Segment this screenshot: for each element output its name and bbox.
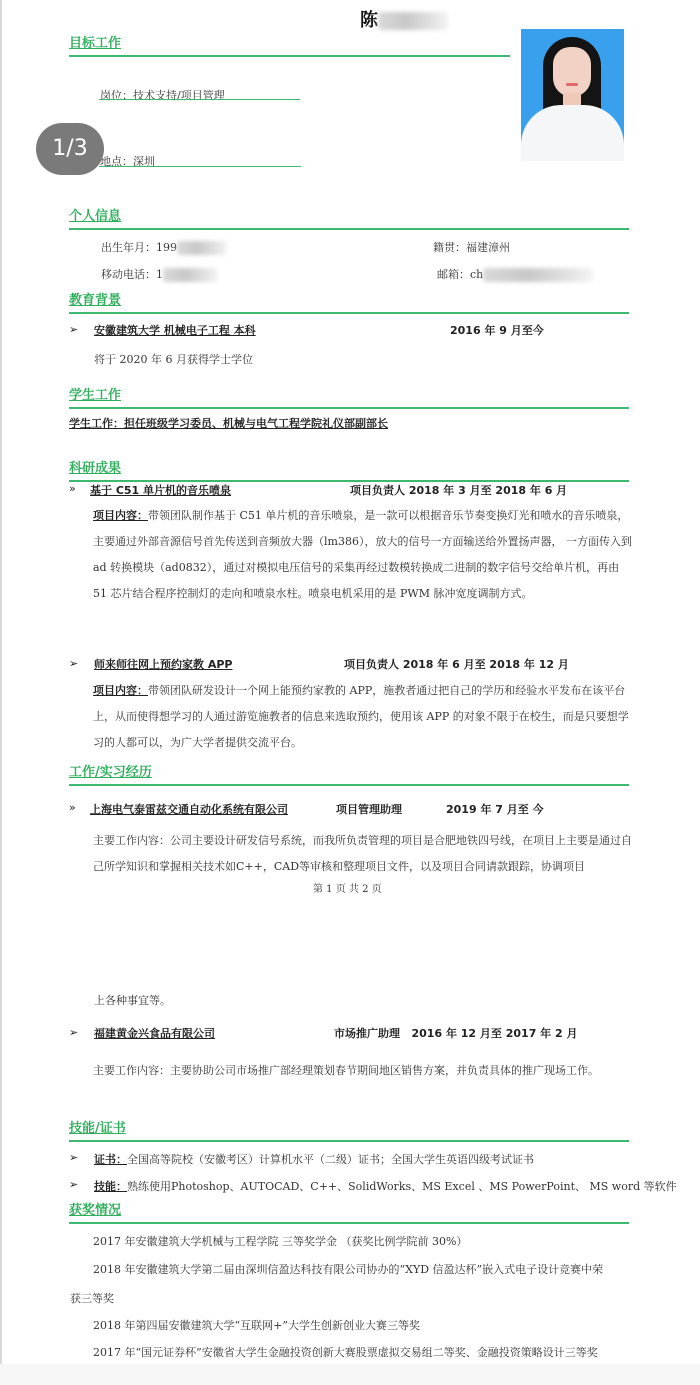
- section-objective-title: 目标工作: [69, 35, 510, 57]
- section-skills-title: 技能/证书: [69, 1120, 629, 1142]
- award-item: 2017 年“国元证券杯”安徽省大学生金融投资创新大赛股票虚拟交易组二等奖、金融…: [93, 1344, 598, 1360]
- page-footer: 第 1 页 共 2 页: [313, 880, 382, 895]
- research-1-role-period: 项目负责人 2018 年 3 月至 2018 年 6 月: [350, 482, 567, 498]
- viewer-bottom-area: [0, 1364, 700, 1385]
- skills-software: 技能：熟练使用Photoshop、AUTOCAD、C++、SolidWorks、…: [94, 1178, 677, 1194]
- bullet-icon: ➢: [69, 1178, 78, 1191]
- section-education-title: 教育背景: [69, 292, 629, 314]
- work-1-period: 2019 年 7 月至 今: [446, 801, 544, 817]
- work-1-company: 上海电气泰雷兹交通自动化系统有限公司: [90, 801, 288, 817]
- objective-position: 岗位：技术支持/项目管理: [100, 87, 225, 103]
- resume-name: 陈: [360, 6, 448, 32]
- work-2-company: 福建黄金兴食品有限公司: [94, 1025, 215, 1041]
- research-2-title: 师来师往网上预约家教 APP: [94, 656, 232, 672]
- hometown: 籍贯：福建漳州: [433, 239, 510, 255]
- research-1-content: 项目内容：带领团队制作基于 C51 单片机的音乐喷泉，是一款可以根据音乐节奏变换…: [93, 503, 633, 607]
- student-work-text: 学生工作：担任班级学习委员、机械与电气工程学院礼仪部副部长: [69, 415, 388, 431]
- bullet-icon: »: [69, 482, 76, 495]
- section-student-work-title: 学生工作: [69, 387, 629, 409]
- page-edge: [0, 0, 2, 1385]
- research-1-title: 基于 C51 单片机的音乐喷泉: [90, 482, 231, 498]
- redacted-email: [483, 268, 593, 282]
- work-1-content-continued: 上各种事宜等。: [94, 992, 171, 1008]
- page-indicator-badge: 1/3: [36, 123, 104, 175]
- location-underline: [99, 166, 301, 167]
- mobile-phone: 移动电话：1: [101, 266, 218, 282]
- education-period: 2016 年 9 月至今: [450, 322, 544, 338]
- profile-photo: [521, 29, 624, 161]
- award-item: 2017 年安徽建筑大学机械与工程学院 三等奖学金 （获奖比例学院前 30%）: [93, 1233, 467, 1249]
- work-1-content: 主要工作内容：公司主要设计研发信号系统，而我所负责管理的项目是合肥地铁四号线，在…: [93, 828, 633, 880]
- section-research-title: 科研成果: [69, 460, 629, 482]
- work-2-content: 主要工作内容：主要协助公司市场推广部经理策划春节期间地区销售方案，并负责具体的推…: [93, 1058, 613, 1084]
- redacted-phone: [163, 268, 218, 282]
- bullet-icon: ➢: [69, 657, 78, 670]
- section-awards-title: 获奖情况: [69, 1202, 629, 1224]
- bullet-icon: »: [69, 801, 76, 814]
- education-school: 安徽建筑大学 机械电子工程 本科: [94, 322, 256, 338]
- work-1-role: 项目管理助理: [336, 801, 402, 817]
- research-2-content: 项目内容：带领团队研发设计一个网上能预约家教的 APP，施教者通过把自己的学历和…: [93, 678, 633, 756]
- work-2-role-period: 市场推广助理 2016 年 12 月至 2017 年 2 月: [334, 1025, 578, 1041]
- position-underline: [99, 99, 300, 100]
- bullet-icon: ➢: [69, 1026, 78, 1039]
- bullet-icon: ➢: [69, 1151, 78, 1164]
- research-2-role-period: 项目负责人 2018 年 6 月至 2018 年 12 月: [344, 656, 569, 672]
- section-personal-title: 个人信息: [69, 208, 629, 230]
- award-item: 2018 年第四届安徽建筑大学“互联网+”大学生创新创业大赛三等奖: [93, 1317, 420, 1333]
- birth-date: 出生年月：199: [101, 239, 227, 255]
- award-item: 2018 年安徽建筑大学第二届由深圳信盈达科技有限公司协办的“XYD 信盈达杯”…: [93, 1261, 603, 1277]
- redacted-birth: [177, 241, 227, 255]
- section-work-title: 工作/实习经历: [69, 764, 629, 786]
- skills-certificates: 证书：全国高等院校（安徽考区）计算机水平（二级）证书；全国大学生英语四级考试证书: [94, 1151, 534, 1167]
- education-note: 将于 2020 年 6 月获得学士学位: [94, 351, 253, 367]
- award-item-continued: 获三等奖: [70, 1290, 114, 1306]
- redacted-name: [378, 12, 448, 30]
- email: 邮箱：ch: [437, 266, 593, 282]
- bullet-icon: ➢: [69, 323, 78, 336]
